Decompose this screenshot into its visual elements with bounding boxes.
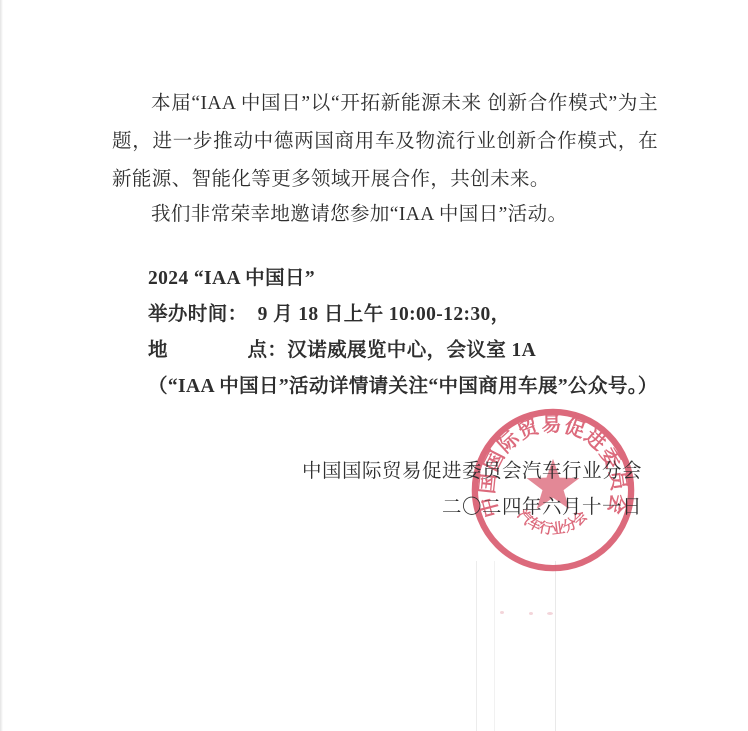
ink-speck-artifact xyxy=(529,612,533,615)
signature-block: 中国国际贸易促进委员会汽车行业分会 二〇二四年六月十一日 xyxy=(302,454,642,526)
signature-organization: 中国国际贸易促进委员会汽车行业分会 xyxy=(302,454,642,490)
scan-vertical-line-artifact xyxy=(476,561,477,731)
scan-edge-artifact xyxy=(0,0,3,731)
event-time: 举办时间： 9 月 18 日上午 10:00-12:30， xyxy=(148,297,708,333)
ink-speck-artifact xyxy=(500,611,504,614)
paragraph-theme: 本届“IAA 中国日”以“开拓新能源未来 创新合作模式”为主题，进一步推动中德两… xyxy=(112,85,658,199)
event-title: 2024 “IAA 中国日” xyxy=(148,261,708,297)
ink-speck-artifact xyxy=(547,612,553,615)
scanned-invitation-letter: 本届“IAA 中国日”以“开拓新能源未来 创新合作模式”为主题，进一步推动中德两… xyxy=(0,0,748,731)
event-venue: 地 点：汉诺威展览中心，会议室 1A xyxy=(148,333,708,369)
event-note: （“IAA 中国日”活动详情请关注“中国商用车展”公众号。） xyxy=(148,369,708,405)
paragraph-invitation: 我们非常荣幸地邀请您参加“IAA 中国日”活动。 xyxy=(112,196,658,234)
signature-date: 二〇二四年六月十一日 xyxy=(302,490,642,526)
scan-vertical-line-artifact xyxy=(494,561,495,731)
scan-vertical-line-artifact xyxy=(555,561,556,731)
event-details-block: 2024 “IAA 中国日” 举办时间： 9 月 18 日上午 10:00-12… xyxy=(148,261,708,405)
